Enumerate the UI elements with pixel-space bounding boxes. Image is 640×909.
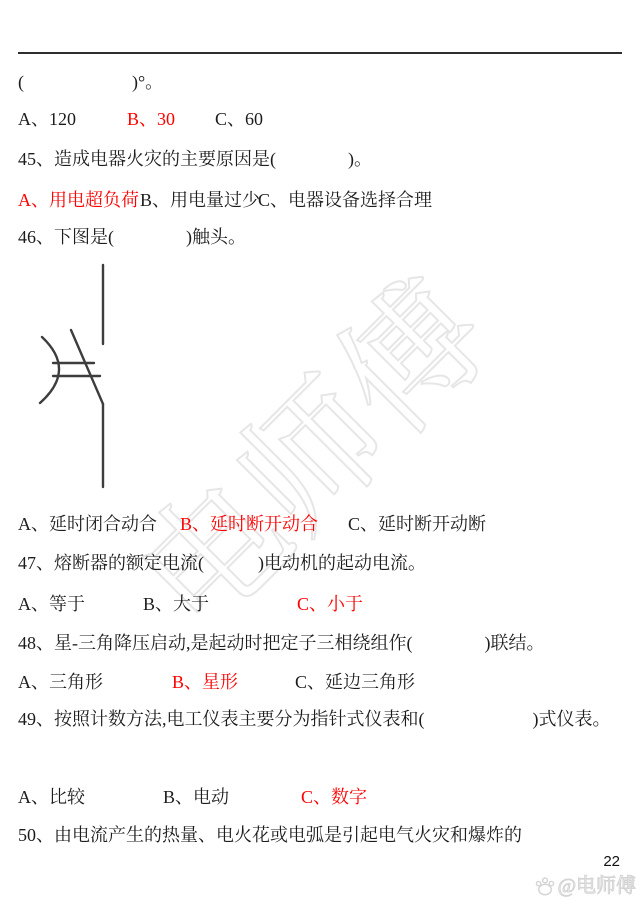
- footer-watermark: @电师傅: [534, 874, 636, 898]
- option-b-correct: B、30: [127, 108, 175, 130]
- question-44-continuation: ( )°。: [18, 71, 163, 93]
- option-a: A、比较: [18, 786, 85, 808]
- option-c: C、延时断开动断: [348, 513, 486, 535]
- option-c-correct: C、小于: [297, 593, 363, 615]
- question-50: 50、由电流产生的热量、电火花或电弧是引起电气火灾和爆炸的: [18, 824, 522, 846]
- top-divider: [18, 52, 622, 54]
- option-b: B、大于: [143, 593, 209, 615]
- question-46: 46、下图是( )触头。: [18, 226, 246, 248]
- option-c: C、60: [215, 108, 263, 130]
- option-a-correct: A、用电超负荷: [18, 189, 139, 211]
- question-47: 47、熔断器的额定电流( )电动机的起动电流。: [18, 552, 426, 574]
- page-number: 22: [560, 853, 620, 870]
- option-b: B、电动: [163, 786, 229, 808]
- contact-lever-line: [71, 330, 103, 404]
- exam-page: ( )°。 A、120 B、30 C、60 45、造成电器火灾的主要原因是( )…: [0, 0, 640, 909]
- option-a: A、120: [18, 108, 76, 130]
- question-48: 48、星-三角降压启动,是起动时把定子三相绕组作( )联结。: [18, 632, 544, 654]
- option-c-correct: C、数字: [301, 786, 367, 808]
- option-b: B、用电量过少: [140, 189, 260, 211]
- question-48-options: A、三角形 B、星形 C、延边三角形: [0, 671, 640, 695]
- option-b-correct: B、星形: [172, 671, 238, 693]
- footer-watermark-text: @电师傅: [558, 875, 636, 897]
- option-a: A、等于: [18, 593, 85, 615]
- option-a: A、延时闭合动合: [18, 513, 157, 535]
- option-c: C、延边三角形: [295, 671, 415, 693]
- delay-arc: [40, 337, 59, 403]
- option-a: A、三角形: [18, 671, 103, 693]
- question-46-options: A、延时闭合动合 B、延时断开动合 C、延时断开动断: [0, 513, 640, 537]
- paw-icon: [534, 875, 556, 897]
- option-b-correct: B、延时断开动合: [180, 513, 318, 535]
- question-47-options: A、等于 B、大于 C、小于: [0, 593, 640, 617]
- question-45: 45、造成电器火灾的主要原因是( )。: [18, 148, 372, 170]
- time-delay-contact-diagram: [30, 258, 120, 493]
- question-49-options: A、比较 B、电动 C、数字: [0, 786, 640, 810]
- option-c: C、电器设备选择合理: [258, 189, 432, 211]
- question-44-options: A、120 B、30 C、60: [0, 108, 640, 132]
- question-45-options: A、用电超负荷 B、用电量过少 C、电器设备选择合理: [0, 189, 640, 213]
- question-49: 49、按照计数方法,电工仪表主要分为指针式仪表和( )式仪表。: [18, 708, 611, 730]
